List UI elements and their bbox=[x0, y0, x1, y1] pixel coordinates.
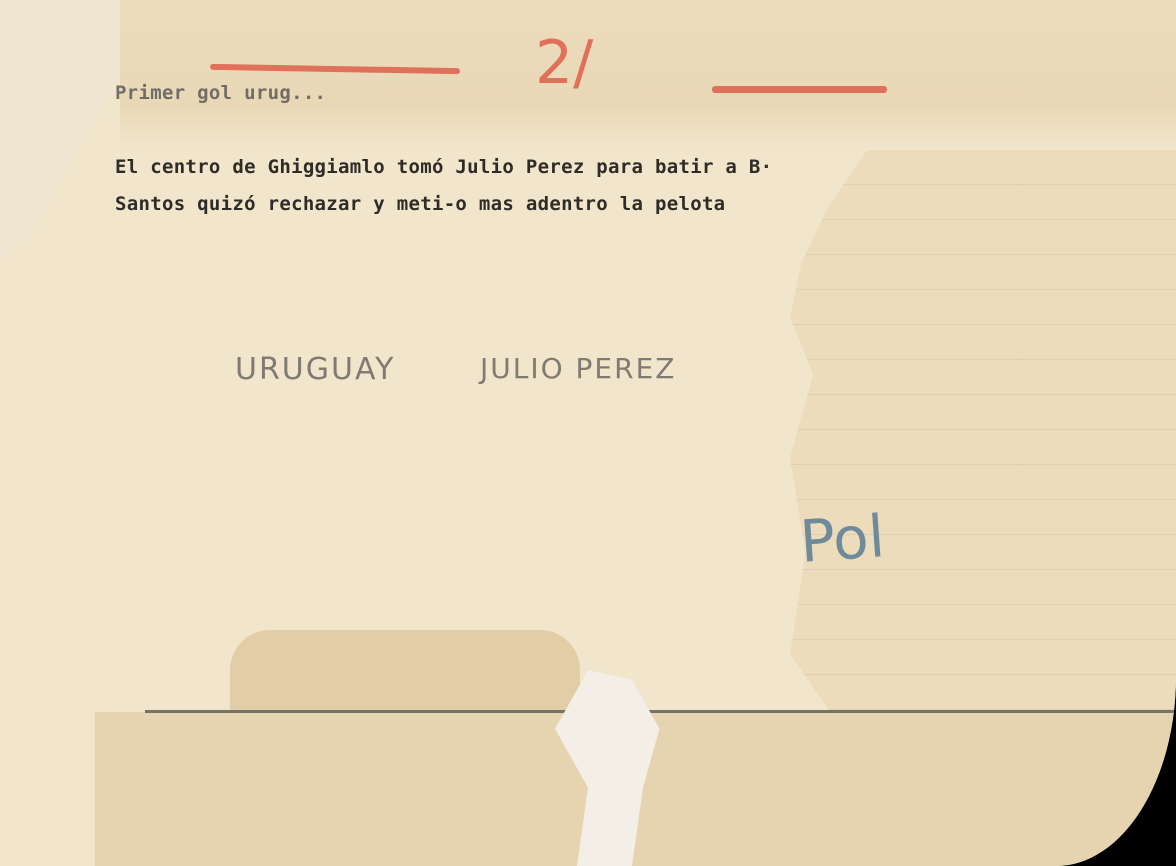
ruled-lines bbox=[790, 150, 1176, 710]
typed-line-2: El centro de Ghiggiamlo tomó Julio Perez… bbox=[115, 156, 772, 178]
red-annotation: 2/ bbox=[535, 28, 593, 98]
typed-line-3: Santos quizó rechazar y meti-o mas adent… bbox=[115, 193, 725, 215]
typed-line-1: Primer gol urug... bbox=[115, 82, 326, 104]
handwritten-player: JULIO PEREZ bbox=[480, 352, 676, 385]
red-strike-right bbox=[712, 86, 887, 93]
document-paper: 2/ Primer gol urug... El centro de Ghigg… bbox=[0, 0, 1176, 866]
handwritten-blue-mark: Pol bbox=[798, 502, 887, 576]
glue-stain bbox=[230, 630, 580, 710]
handwritten-country: URUGUAY bbox=[235, 352, 395, 387]
bottom-rule-line bbox=[145, 710, 1175, 713]
paper-stain bbox=[120, 0, 1176, 150]
